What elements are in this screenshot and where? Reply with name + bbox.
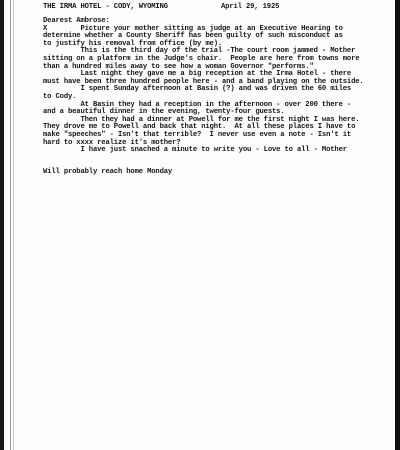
typed-letter: THE IRMA HOTEL - CODY, WYOMING April 29,… — [43, 2, 388, 176]
scan-border-left — [0, 0, 4, 450]
scan-line — [13, 0, 14, 450]
letter-date: April 29, 1925 — [221, 2, 279, 12]
letter-body: X Picture your mother sitting as judge a… — [43, 26, 388, 155]
scan-border-right — [395, 0, 400, 450]
scan-line — [10, 0, 11, 450]
postscript: Will probably reach home Monday — [43, 169, 388, 177]
letterhead-place: THE IRMA HOTEL - CODY, WYOMING — [43, 2, 213, 12]
body-line: I spent Sunday afternoon at Basin (?) an… — [43, 86, 388, 94]
body-line: I have just snached a minute to write yo… — [43, 147, 388, 155]
spacer — [43, 155, 388, 169]
letter-header: THE IRMA HOTEL - CODY, WYOMING April 29,… — [43, 2, 388, 12]
